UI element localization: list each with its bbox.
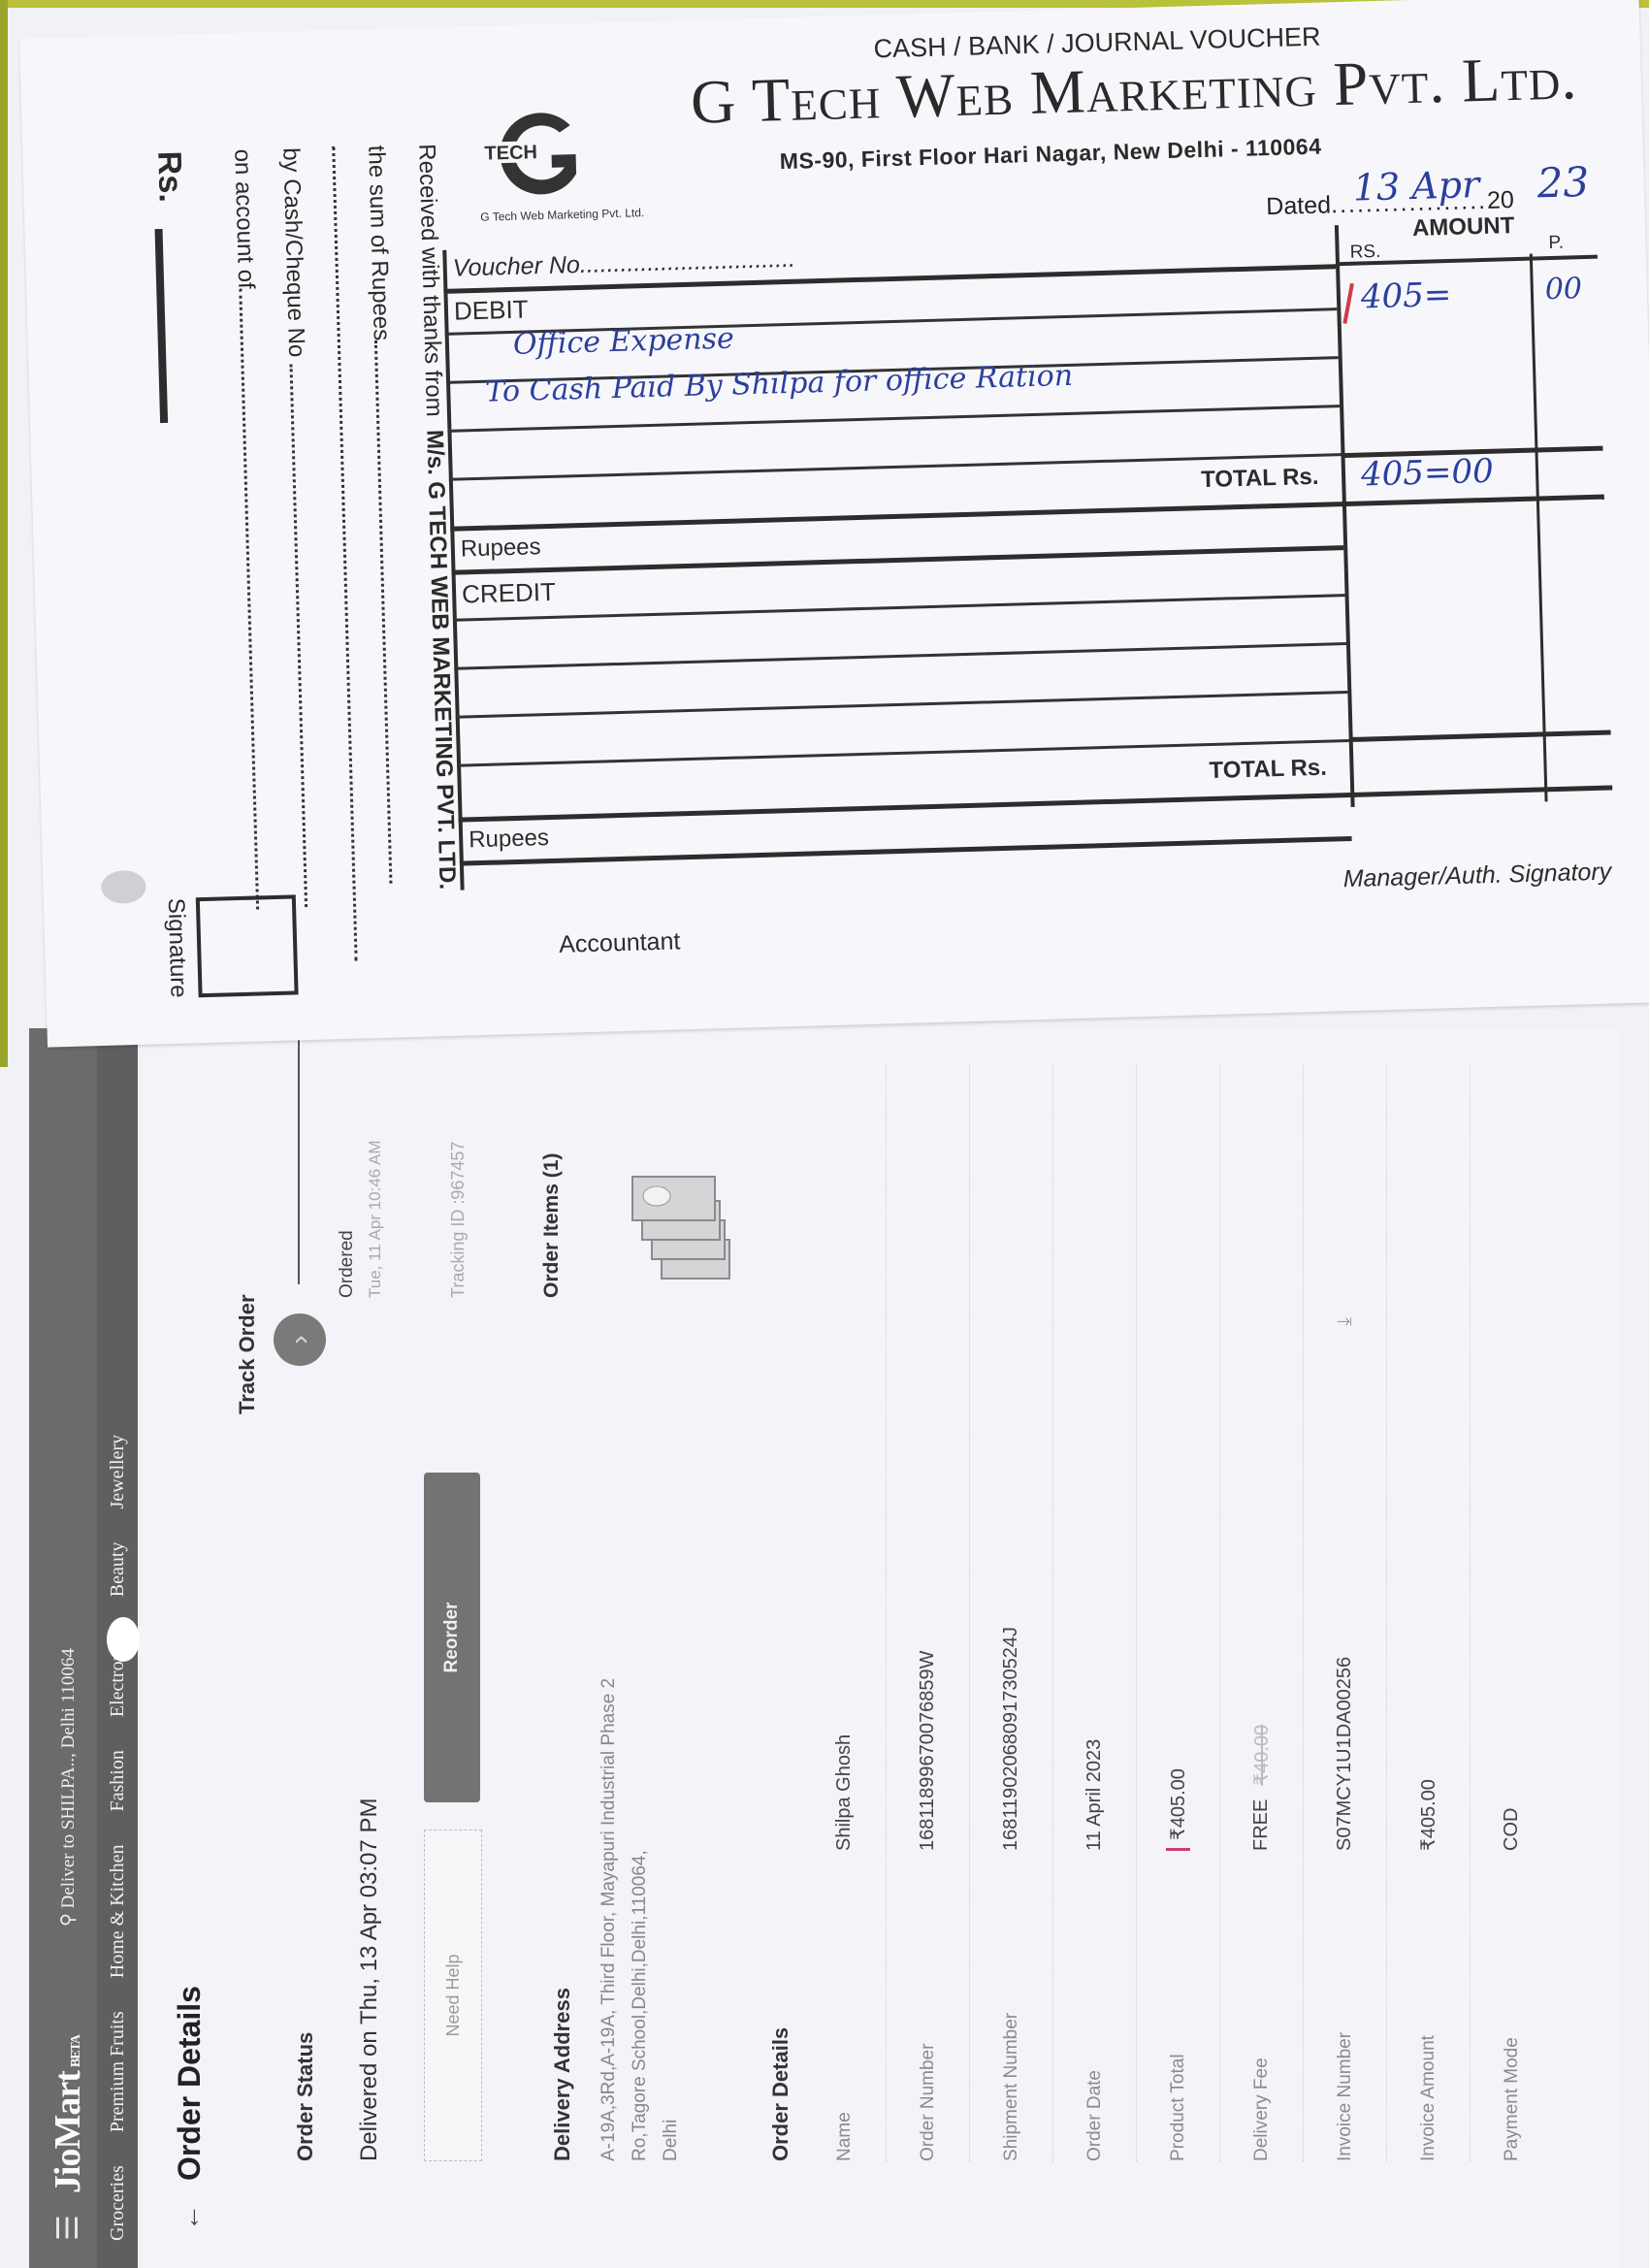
credit-rupees-label: Rupees [469, 825, 549, 854]
voucher-slip: CASH / BANK / JOURNAL VOUCHER G Tech Web… [19, 0, 1649, 1048]
detail-value: S07MCY1U1DA00256 [1334, 1657, 1356, 1851]
detail-row-payment-mode: Payment Mode COD [1471, 1065, 1553, 2161]
delivery-address-title: Delivery Address [550, 1988, 575, 2161]
signature-label: Signature [162, 897, 192, 997]
detail-row-name: Name Shilpa Ghosh [803, 1065, 887, 2161]
product-total-value: ₹405.00 [1166, 1768, 1190, 1851]
nav-jewellery[interactable]: Jewellery [107, 1435, 129, 1509]
detail-label: Product Total [1168, 1851, 1189, 2161]
detail-row-product-total: Product Total ₹405.00 [1137, 1065, 1220, 2161]
dated-value: 13 Apr [1352, 163, 1480, 210]
detail-label: Invoice Number [1335, 1851, 1356, 2161]
debit-rupees-label: Rupees [460, 534, 540, 563]
deliver-to-text: Deliver to SHILPA.., Delhi 110064 [58, 1648, 79, 1908]
need-help-button[interactable]: Need Help [424, 1830, 482, 2161]
cheque-line: by Cash/Cheque No [276, 147, 325, 907]
debit-line: To Cash Paid By Shilpa for office Ration [485, 359, 1074, 409]
beta-badge: BETA [69, 2035, 83, 2067]
company-address: MS-90, First Floor Hari Nagar, New Delhi… [779, 134, 1321, 176]
receipt-counterfoil: Received with thanks from M/s. G TECH WE… [119, 144, 472, 1006]
debit-total-label: TOTAL Rs. [1201, 464, 1319, 494]
address-line: A-19A,3Rd,A-19A, Third Floor, Mayapuri I… [594, 1385, 625, 2161]
nav-home-kitchen[interactable]: Home & Kitchen [107, 1845, 129, 1979]
signature-box [196, 894, 299, 997]
debit-amount-p: 00 [1544, 272, 1582, 307]
rs-underline [155, 229, 169, 423]
nav-premium-fruits[interactable]: Premium Fruits [107, 2011, 129, 2132]
year-prefix: 20 [1487, 186, 1515, 214]
order-status-title: Order Status [293, 2032, 318, 2161]
detail-label: Delivery Fee [1251, 1851, 1273, 2161]
svg-text:TECH: TECH [484, 142, 537, 165]
delivery-address: A-19A,3Rd,A-19A, Third Floor, Mayapuri I… [594, 1385, 687, 2161]
jiomart-logo[interactable]: JioMartBETA [47, 2035, 89, 2193]
red-tick-mark [1342, 283, 1354, 324]
received-company: M/s. G TECH WEB MARKETING PVT. LTD. [421, 430, 460, 891]
detail-label: Order Number [918, 1851, 939, 2161]
detail-row-order-number: Order Number 16811899670076859W [887, 1065, 970, 2161]
page-title: Order Details [172, 1986, 208, 2181]
debit-label: DEBIT [454, 294, 529, 326]
detail-label: Payment Mode [1502, 1851, 1523, 2161]
order-details-section: Order Details Name Shilpa Ghosh Order Nu… [768, 1065, 1553, 2161]
deliver-to-location[interactable]: ⚲ Deliver to SHILPA.., Delhi 110064 [57, 1648, 80, 1927]
received-text: Received with thanks from [413, 144, 447, 417]
detail-value: ₹405.00 [1416, 1779, 1440, 1851]
scan-edge [0, 0, 8, 1067]
address-line: Ro,Tagore School,Delhi,Delhi,110064, [625, 1385, 656, 2161]
detail-row-invoice-number: Invoice Number S07MCY1U1DA00256 ⤓ [1304, 1065, 1387, 2161]
back-arrow-icon[interactable]: ← [175, 2204, 206, 2231]
nav-groceries[interactable]: Groceries [107, 2165, 129, 2241]
detail-value: 16811899670076859W [917, 1651, 939, 1851]
tracking-id[interactable]: Tracking ID :967457 [448, 1142, 469, 1298]
detail-value: ₹405.00 [1166, 1768, 1190, 1851]
credit-label: CREDIT [462, 577, 557, 610]
punch-hole [107, 1617, 140, 1662]
order-status-text: Delivered on Thu, 13 Apr 03:07 PM [356, 1798, 383, 2161]
detail-label: Order Date [1084, 1851, 1106, 2161]
sum-label: the sum of Rupees [363, 145, 395, 340]
account-line: on account of [228, 148, 276, 910]
paise-column-divider [1530, 254, 1548, 802]
debit-total-value: 405=00 [1361, 452, 1495, 495]
detail-value: 11 April 2023 [1083, 1739, 1106, 1851]
location-pin-icon: ⚲ [58, 1908, 79, 1927]
original-delivery-fee: ₹40.00 [1249, 1725, 1274, 1786]
p-header: P. [1548, 233, 1564, 254]
product-thumbnail[interactable] [623, 1162, 739, 1288]
detail-label: Name [834, 1851, 856, 2161]
logo-text: JioMart [48, 2071, 88, 2193]
debit-amount-rs: 405= [1360, 275, 1451, 317]
jiomart-page: ☰ JioMartBETA ⚲ Deliver to SHILPA.., Del… [29, 1028, 1620, 2268]
order-items-title: Order Items (1) [540, 1153, 564, 1298]
track-line [298, 1028, 300, 1284]
voucher-no-label: Voucher No..............................… [452, 245, 795, 283]
order-details-title: Order Details [768, 1065, 793, 2161]
nav-beauty[interactable]: Beauty [107, 1542, 129, 1598]
detail-label: Shipment Number [1001, 1851, 1022, 2161]
company-name: G Tech Web Marketing Pvt. Ltd. [690, 42, 1578, 139]
rs-label: Rs. [149, 150, 188, 203]
jiomart-printout: ☰ JioMartBETA ⚲ Deliver to SHILPA.., Del… [29, 1028, 1620, 2268]
detail-row-delivery-fee: Delivery Fee FREE ₹40.00 [1220, 1065, 1304, 2161]
debit-line: Office Expense [513, 322, 735, 362]
detail-value: FREE ₹40.00 [1249, 1725, 1274, 1851]
cheque-label: by Cash/Cheque No [277, 147, 309, 358]
detail-row-shipment-number: Shipment Number 16811902068091730524J [970, 1065, 1053, 2161]
company-logo-icon: TECH [477, 100, 606, 211]
order-details-body: ← Order Details Order Status Delivered o… [138, 1028, 1620, 2268]
amount-header: AMOUNT [1412, 212, 1515, 243]
detail-value: Shilpa Ghosh [833, 1734, 856, 1851]
track-step-check-icon: › [274, 1313, 326, 1366]
detail-row-order-date: Order Date 11 April 2023 [1053, 1065, 1137, 2161]
hamburger-icon[interactable]: ☰ [51, 2215, 85, 2241]
delivery-fee-value: FREE [1250, 1799, 1273, 1851]
year-suffix: 23 [1536, 158, 1590, 207]
detail-label: Invoice Amount [1418, 1851, 1439, 2161]
voucher-table: Voucher No..............................… [442, 217, 1624, 890]
track-step-time: Tue, 11 Apr 10:46 AM [366, 1140, 385, 1298]
track-step-label: Ordered [337, 1230, 358, 1298]
accountant-label: Accountant [559, 927, 681, 958]
address-line: Delhi [656, 1385, 687, 2161]
detail-value: COD [1501, 1808, 1523, 1851]
reorder-button[interactable]: Reorder [424, 1473, 480, 1802]
detail-value: 16811902068091730524J [1000, 1627, 1022, 1851]
credit-total-label: TOTAL Rs. [1209, 755, 1327, 785]
track-order-title: Track Order [235, 1294, 260, 1414]
download-invoice-icon[interactable]: ⤓ [1334, 1317, 1356, 1326]
account-label: on account of [229, 148, 259, 289]
detail-row-invoice-amount: Invoice Amount ₹405.00 [1387, 1065, 1471, 2161]
nav-fashion[interactable]: Fashion [107, 1750, 129, 1811]
dated-text: Dated [1266, 191, 1331, 220]
